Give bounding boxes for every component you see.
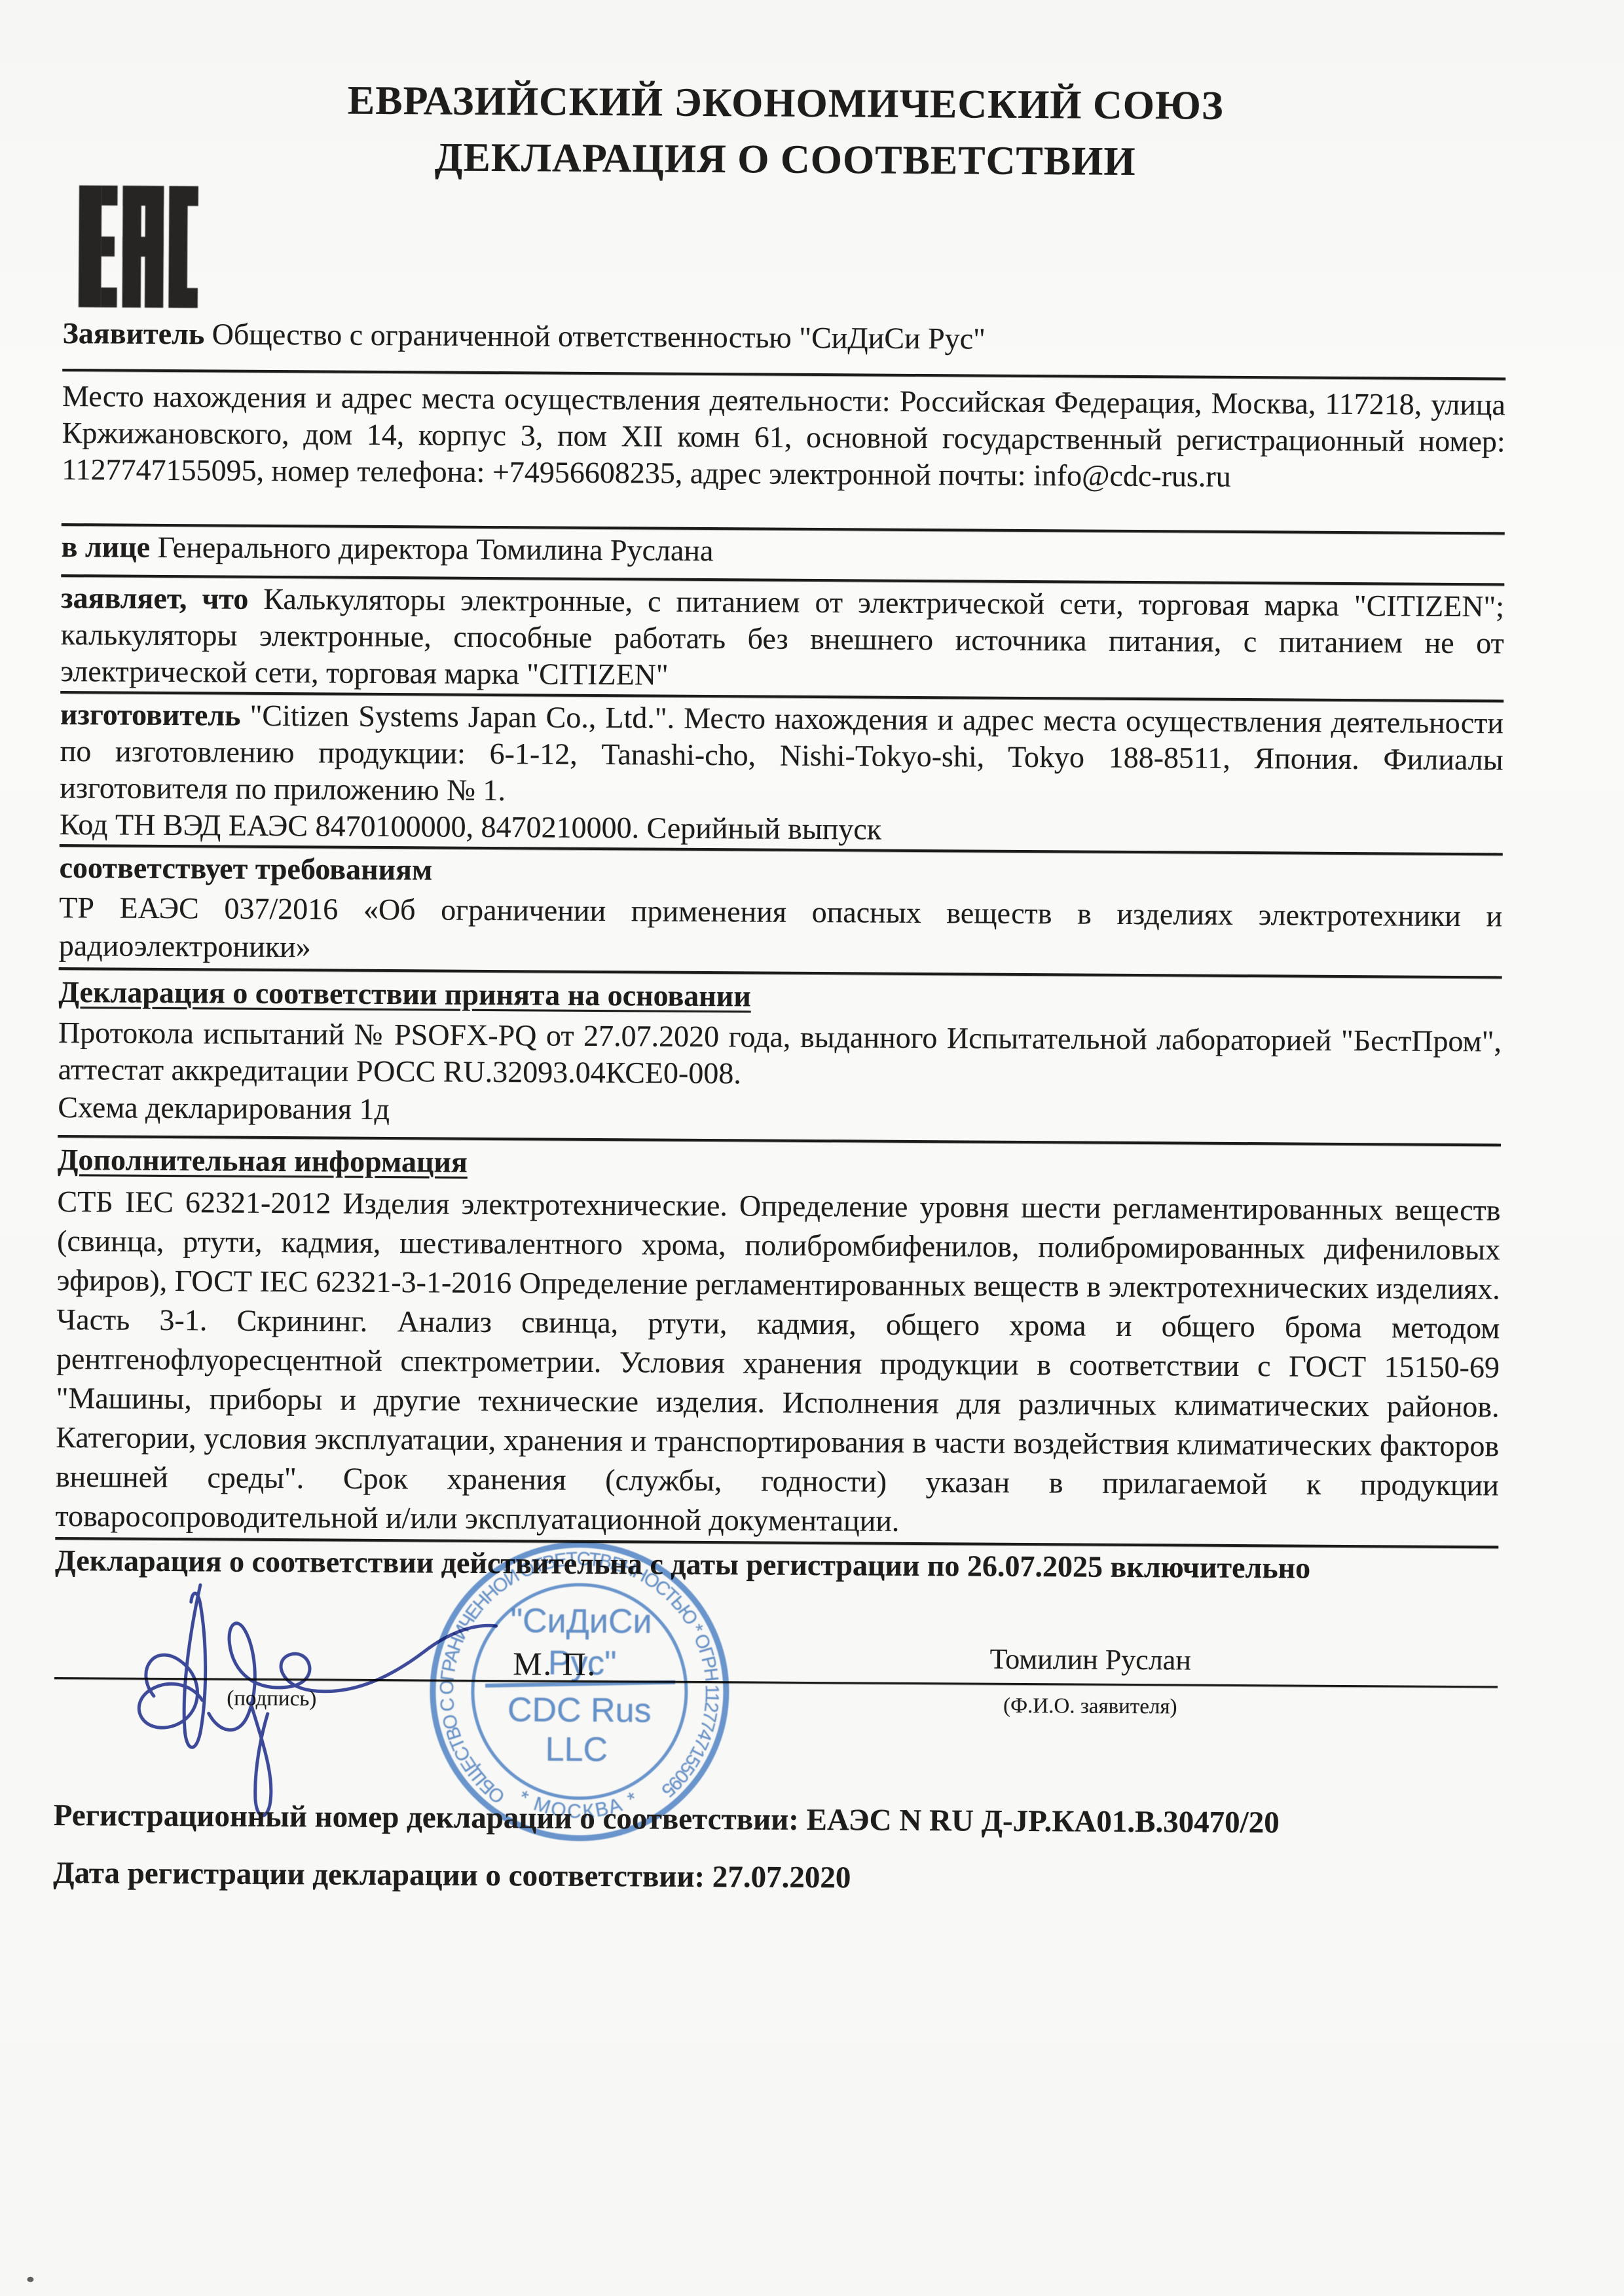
- address-paragraph: Место нахождения и адрес места осуществл…: [62, 378, 1505, 496]
- applicant-line: Заявитель Общество с ограниченной ответс…: [62, 315, 1505, 360]
- stamp-company-name-ru-2: Рус": [548, 1644, 617, 1683]
- separator-rule: [62, 369, 1505, 380]
- name-caption: (Ф.И.О. заявителя): [953, 1693, 1228, 1720]
- scanned-declaration-page: ЕВРАЗИЙСКИЙ ЭКОНОМИЧЕСКИЙ СОЮЗ ДЕКЛАРАЦИ…: [0, 0, 1624, 2296]
- declares-value: Калькуляторы электронные, с питанием от …: [60, 582, 1504, 692]
- eac-conformity-mark-icon: [79, 185, 198, 308]
- applicant-name: Томилин Руслан: [953, 1642, 1228, 1677]
- basis-text: Протокола испытаний № PSOFX-PQ от 27.07.…: [58, 1014, 1502, 1096]
- applicant-value: Общество с ограниченной ответственностью…: [212, 317, 986, 355]
- stamp-company-name-en: CDC Rus: [507, 1691, 652, 1730]
- registration-number-line: Регистрационный номер декларации о соотв…: [54, 1796, 1497, 1843]
- declares-label: заявляет, что: [61, 581, 249, 616]
- union-title: ЕВРАЗИЙСКИЙ ЭКОНОМИЧЕСКИЙ СОЮЗ: [64, 73, 1507, 134]
- scan-artifact: [27, 2277, 33, 2282]
- additional-heading: Дополнительная информация: [58, 1141, 1501, 1187]
- manufacturer-line: изготовитель "Citizen Systems Japan Co.,…: [60, 696, 1504, 815]
- additional-text: СТБ IEC 62321-2012 Изделия электротехнич…: [55, 1182, 1500, 1544]
- basis-heading: Декларация о соответствии принята на осн…: [58, 974, 1502, 1019]
- in-person-label: в лице: [61, 530, 150, 564]
- stamp-company-type-en: LLC: [545, 1731, 608, 1769]
- scheme-line: Схема декларирования 1д: [58, 1089, 1501, 1134]
- stamp-company-name-ru-1: "СиДиСи: [510, 1602, 652, 1640]
- applicant-label: Заявитель: [62, 316, 204, 350]
- declaration-title: ДЕКЛАРАЦИЯ О СООТВЕТСТВИИ: [64, 129, 1507, 190]
- in-person-value: Генерального директора Томилина Руслана: [158, 530, 714, 567]
- registration-date-line: Дата регистрации декларации о соответств…: [53, 1854, 1496, 1900]
- manufacturer-value: "Citizen Systems Japan Co., Ltd.". Место…: [60, 699, 1504, 807]
- in-person-line: в лице Генерального директора Томилина Р…: [61, 528, 1504, 574]
- conforms-heading: соответствует требованиям: [59, 849, 1502, 895]
- declares-line: заявляет, что Калькуляторы электронные, …: [60, 580, 1504, 698]
- manufacturer-label: изготовитель: [60, 697, 241, 732]
- conforms-text: ТР ЕАЭС 037/2016 «Об ограничении примене…: [59, 889, 1503, 973]
